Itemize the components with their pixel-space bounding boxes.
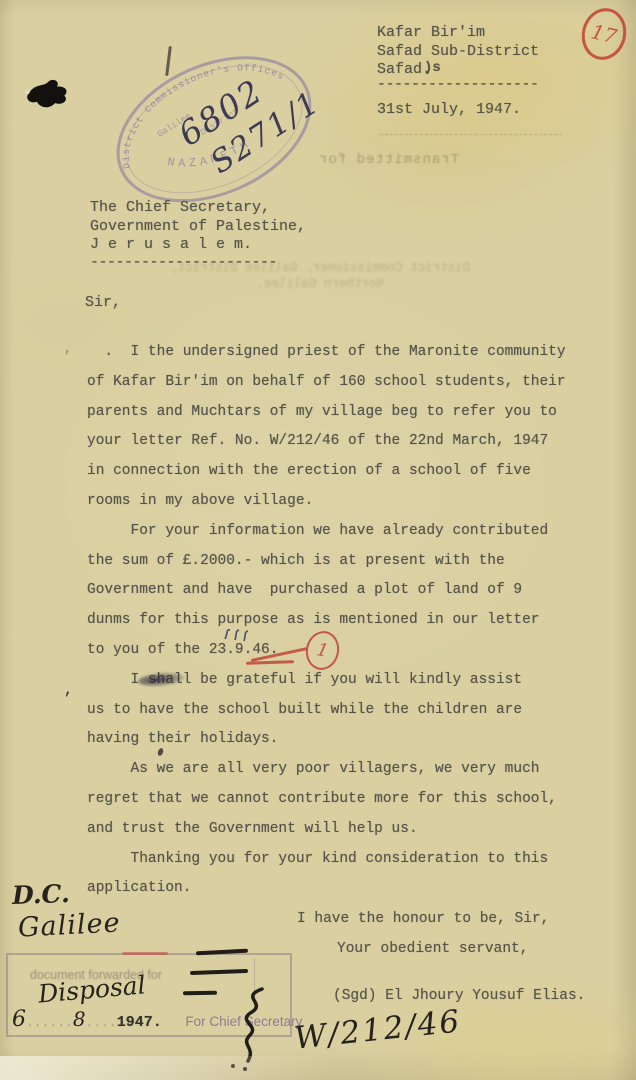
red-annotation-number: 1 [315, 639, 331, 662]
body-line: Thanking you for your kind consideration… [87, 845, 566, 875]
handwritten-dc: D.C. [12, 879, 71, 910]
recipient-line: Government of Palestine, [90, 218, 306, 237]
sender-address-line: Safad Sub-District [377, 43, 539, 62]
letter-body: . I the undersigned priest of the Maroni… [87, 338, 566, 904]
overstrike-mark: )s [424, 60, 441, 76]
salutation: Sir, [85, 294, 121, 313]
body-line: us to have the school built while the ch… [87, 696, 566, 726]
closing-line-1: I have the honour to be, Sir, [297, 911, 549, 927]
bleed-through-dashes [380, 134, 562, 135]
margin-comma: , [64, 682, 73, 699]
recipient-block: The Chief Secretary,Government of Palest… [90, 199, 306, 255]
recipient-line: The Chief Secretary, [90, 199, 306, 218]
bleed-through-line: District Commissioner, Galilee District, [140, 260, 500, 276]
body-line: your letter Ref. No. W/212/46 of the 22n… [87, 427, 566, 457]
sender-underline: ------------------- [377, 76, 539, 93]
closing-line-2: Your obedient servant, [337, 941, 528, 957]
body-line: For your information we have already con… [87, 517, 566, 547]
body-line: in connection with the erection of a sch… [87, 457, 566, 487]
body-line: and trust the Government will help us. [87, 815, 566, 845]
body-line: regret that we cannot contribute more fo… [87, 785, 566, 815]
body-line: of Kafar Bir'im on behalf of 160 school … [87, 368, 566, 398]
scanned-letter-page: 17 Kafar Bir'imSafad Sub-DistrictSafad. … [0, 0, 636, 1080]
handwritten-day: 6 [12, 1007, 26, 1032]
body-line: As we are all very poor villagers, we ve… [87, 755, 566, 785]
body-line: rooms in my above village. [87, 487, 566, 517]
blue-scribble [221, 624, 251, 644]
body-line: the sum of £.2000.- which is at present … [87, 547, 566, 577]
recipient-line: J e r u s a l e m. [90, 236, 306, 255]
body-line: Government and have purchased a plot of … [87, 576, 566, 606]
bleed-through-line: Northern Galilee. [140, 276, 500, 292]
body-line: parents and Muchtars of my village beg t… [87, 398, 566, 428]
stray-mark: , [64, 341, 72, 356]
body-line: application. [87, 874, 566, 904]
handwritten-month: 8 [73, 1007, 86, 1031]
dotted-rule: .... [86, 1015, 117, 1030]
handwritten-dash [183, 991, 217, 996]
stamp-year: 1947. [117, 1014, 162, 1031]
ink-blot [20, 73, 77, 118]
handwritten-reference-number: W/212/46 [293, 1003, 463, 1056]
sender-address-block: Kafar Bir'imSafad Sub-DistrictSafad. [377, 24, 539, 80]
body-line: . I the undersigned priest of the Maroni… [87, 338, 566, 368]
signature-line: (Sgd) El Jhoury Yousuf Elias. [333, 988, 585, 1004]
sender-address-line: Kafar Bir'im [377, 24, 539, 43]
folio-number: 17 [589, 19, 620, 48]
folio-number-circle: 17 [576, 3, 631, 64]
red-edge-mark [122, 952, 168, 955]
date-line: 31st July, 1947. [377, 101, 521, 120]
bleed-through-block: District Commissioner, Galilee District,… [140, 260, 500, 292]
handwritten-galilee: Galilee [17, 907, 121, 943]
scan-edge-highlight [0, 1056, 330, 1080]
dotted-rule: ...... [26, 1015, 73, 1030]
